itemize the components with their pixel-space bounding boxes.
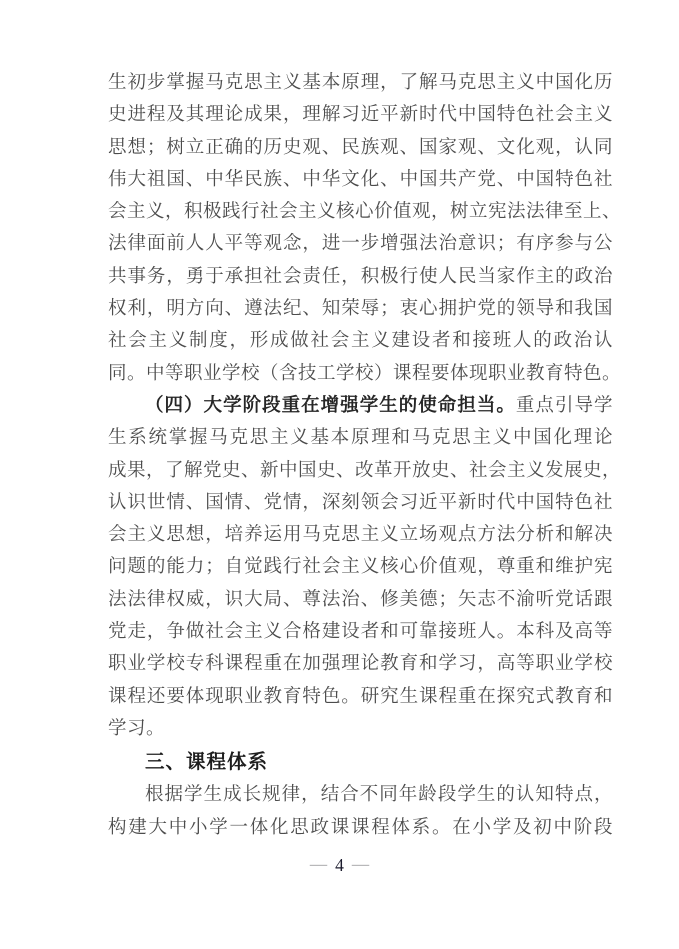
text-run-body: 法法律权威，识大局、尊法治、修美德；矢志不渝听党话跟 [108,590,613,610]
text-line: 法法律权威，识大局、尊法治、修美德；矢志不渝听党话跟 [108,584,613,616]
text-run-body: 生系统掌握马克思主义基本原理和马克思主义中国化理论 [108,428,613,448]
text-run-body: 会主义，积极践行社会主义核心价值观，树立宪法法律至上、 [108,202,621,222]
text-line: 思想；树立正确的历史观、民族观、国家观、文化观，认同 [108,132,613,164]
text-run-body: 课程还要体现职业教育特色。研究生课程重在探究式教育和 [108,687,613,707]
text-run-body: 会主义思想，培养运用马克思主义立场观点方法分析和解决 [108,525,613,545]
text-run-body: 权利，明方向、遵法纪、知荣辱；衷心拥护党的领导和我国 [108,299,613,319]
text-line: 构建大中小学一体化思政课课程体系。在小学及初中阶段 [108,812,613,844]
text-run-body: 认识世情、国情、党情，深刻领会习近平新时代中国特色社 [108,493,613,513]
text-line: 权利，明方向、遵法纪、知荣辱；衷心拥护党的领导和我国 [108,293,613,325]
text-run-heading: 三、课程体系 [145,751,268,773]
text-line: 学习。 [108,713,613,745]
text-run-body: 构建大中小学一体化思政课课程体系。在小学及初中阶段 [108,818,613,838]
text-run-body: 党走，争做社会主义合格建设者和可靠接班人。本科及高等 [108,622,613,642]
text-run-body: 思想；树立正确的历史观、民族观、国家观、文化观，认同 [108,138,613,158]
document-page: 生初步掌握马克思主义基本原理，了解马克思主义中国化历史进程及其理论成果，理解习近… [0,0,679,949]
document-body: 生初步掌握马克思主义基本原理，了解马克思主义中国化历史进程及其理论成果，理解习近… [108,67,613,844]
text-run-body: 职业学校专科课程重在加强理论教育和学习，高等职业学校 [108,654,613,674]
text-run-body: 法律面前人人平等观念，进一步增强法治意识；有序参与公 [108,234,613,254]
text-run-body: 伟大祖国、中华民族、中华文化、中国共产党、中国特色社 [108,170,613,190]
text-run-body: 成果，了解党史、新中国史、改革开放史、社会主义发展史， [108,461,621,481]
text-line: 成果，了解党史、新中国史、改革开放史、社会主义发展史， [108,455,613,487]
text-line: 社会主义制度，形成做社会主义建设者和接班人的政治认 [108,325,613,357]
text-line: 同。中等职业学校（含技工学校）课程要体现职业教育特色。 [108,358,613,390]
text-line: （四）大学阶段重在增强学生的使命担当。重点引导学 [108,390,613,422]
text-line: 党走，争做社会主义合格建设者和可靠接班人。本科及高等 [108,616,613,648]
text-line: 认识世情、国情、党情，深刻领会习近平新时代中国特色社 [108,487,613,519]
text-run-body: 重点引导学 [516,396,613,416]
text-line: 生系统掌握马克思主义基本原理和马克思主义中国化理论 [108,422,613,454]
text-run-body: 问题的能力；自觉践行社会主义核心价值观，尊重和维护宪 [108,557,613,577]
text-run-body: 共事务，勇于承担社会责任，积极行使人民当家作主的政治 [108,267,613,287]
text-line: 问题的能力；自觉践行社会主义核心价值观，尊重和维护宪 [108,551,613,583]
text-run-body: 根据学生成长规律，结合不同年龄段学生的认知特点， [145,785,613,805]
text-run-body: 学习。 [108,719,165,739]
section-heading: 三、课程体系 [108,745,613,779]
text-run-body: 生初步掌握马克思主义基本原理，了解马克思主义中国化历 [108,73,613,93]
text-line: 课程还要体现职业教育特色。研究生课程重在探究式教育和 [108,681,613,713]
text-line: 史进程及其理论成果，理解习近平新时代中国特色社会主义 [108,99,613,131]
text-line: 法律面前人人平等观念，进一步增强法治意识；有序参与公 [108,228,613,260]
text-run-body: 社会主义制度，形成做社会主义建设者和接班人的政治认 [108,331,613,351]
text-line: 会主义，积极践行社会主义核心价值观，树立宪法法律至上、 [108,196,613,228]
text-run-kaiti-bold: （四）大学阶段重在增强学生的使命担当。 [145,396,516,416]
text-line: 会主义思想，培养运用马克思主义立场观点方法分析和解决 [108,519,613,551]
text-line: 生初步掌握马克思主义基本原理，了解马克思主义中国化历 [108,67,613,99]
text-line: 职业学校专科课程重在加强理论教育和学习，高等职业学校 [108,648,613,680]
footer-dash-right: — [352,857,369,874]
text-line: 伟大祖国、中华民族、中华文化、中国共产党、中国特色社 [108,164,613,196]
text-line: 共事务，勇于承担社会责任，积极行使人民当家作主的政治 [108,261,613,293]
page-footer: — 4 — [0,855,679,876]
footer-dash-left: — [310,857,327,874]
text-run-body: 同。中等职业学校（含技工学校）课程要体现职业教育特色。 [108,364,621,384]
page-number: 4 [335,855,344,876]
text-line: 根据学生成长规律，结合不同年龄段学生的认知特点， [108,779,613,811]
text-run-body: 史进程及其理论成果，理解习近平新时代中国特色社会主义 [108,105,613,125]
